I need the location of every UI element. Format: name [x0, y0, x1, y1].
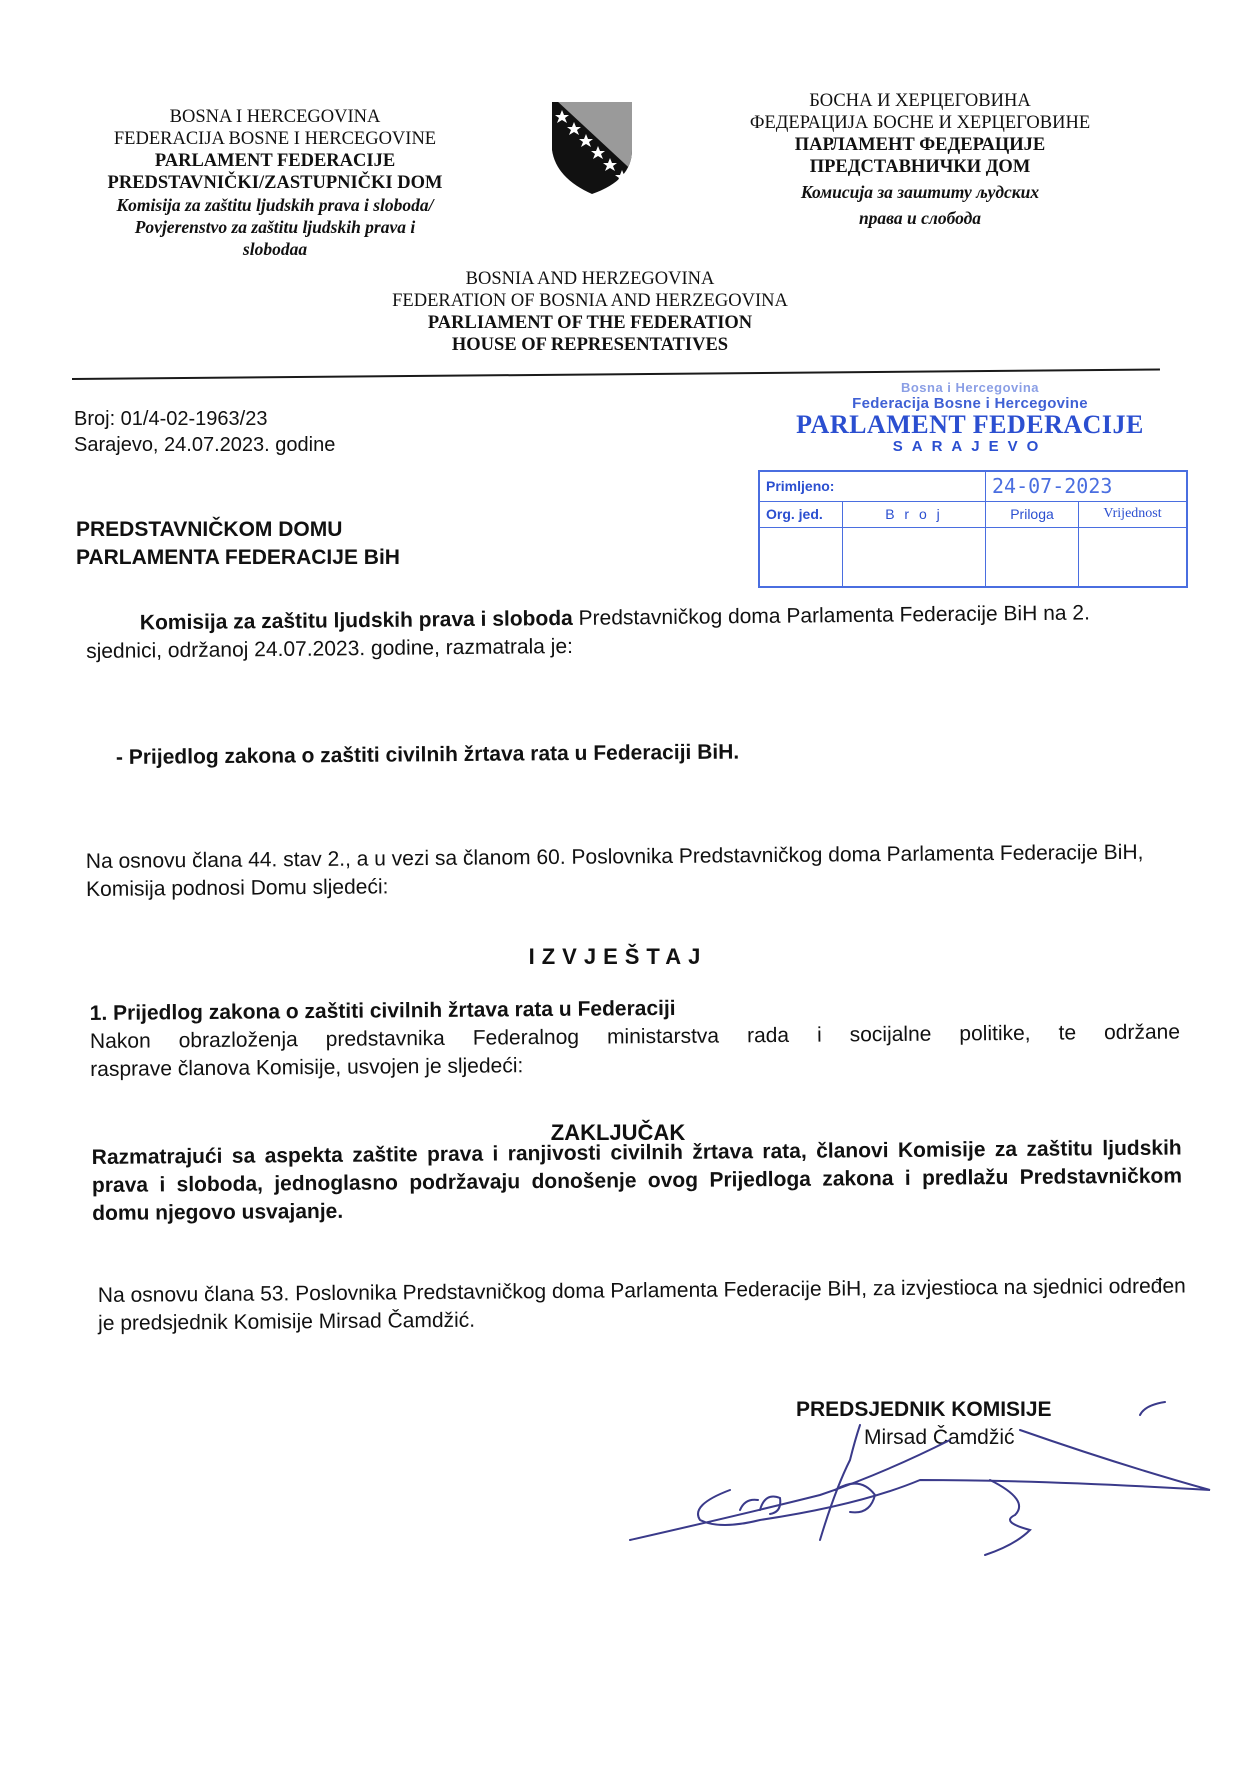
reference-place-date: Sarajevo, 24.07.2023. godine — [74, 432, 335, 458]
stamp-col-value: Vrijednost — [1079, 501, 1188, 527]
header-right-commission: Комисија за заштиту људских — [720, 181, 1120, 203]
header-left-house: PREDSTAVNIČKI/ZASTUPNIČKI DOM — [85, 172, 465, 194]
header-en-country: BOSNIA AND HERZEGOVINA — [360, 268, 820, 290]
conclusion-text: Razmatrajući sa aspekta zaštite prava i … — [92, 1134, 1183, 1228]
header-right: БОСНА И ХЕРЦЕГОВИНА ФЕДЕРАЦИЈА БОСНЕ И Х… — [720, 90, 1120, 229]
intro-paragraph: Komisija za zaštitu ljudskih prava i slo… — [86, 599, 1167, 666]
header-left-commission-3: slobodaa — [85, 238, 465, 260]
header-left-federation: FEDERACIJA BOSNE I HERCEGOVINE — [85, 128, 465, 150]
header-divider — [72, 369, 1160, 380]
reference-number: Broj: 01/4-02-1963/23 — [74, 406, 335, 432]
reference-block: Broj: 01/4-02-1963/23 Sarajevo, 24.07.20… — [74, 406, 335, 458]
header-left-commission: Komisija za zaštitu ljudskih prava i slo… — [85, 194, 465, 216]
stamp-received-label: Primljeno: — [759, 471, 986, 501]
header-right-house: ПРЕДСТАВНИЧКИ ДОМ — [720, 156, 1120, 178]
stamp-cell — [1079, 527, 1188, 587]
stamp-cell — [759, 527, 843, 587]
stamp-col-attachments: Priloga — [986, 501, 1079, 527]
header-left-commission-2: Povjerenstvo za zaštitu ljudskih prava i — [85, 216, 465, 238]
stamp-cell — [986, 527, 1079, 587]
header-right-commission-2: права и слобода — [720, 207, 1120, 229]
addressee-line2: PARLAMENTA FEDERACIJE BiH — [76, 544, 400, 572]
header-right-federation: ФЕДЕРАЦИЈА БОСНЕ И ХЕРЦЕГОВИНЕ — [720, 112, 1120, 134]
handwritten-signature-icon — [620, 1380, 1220, 1580]
stamp-received-date: 24-07-2023 — [986, 471, 1188, 501]
addressee-line1: PREDSTAVNIČKOM DOMU — [76, 516, 400, 544]
header-right-country: БОСНА И ХЕРЦЕГОВИНА — [720, 90, 1120, 112]
stamp-country: Bosna i Hercegovina — [750, 380, 1190, 395]
header-left-country: BOSNA I HERCEGOVINA — [85, 106, 465, 128]
section-1: 1. Prijedlog zakona o zaštiti civilnih ž… — [90, 990, 1181, 1084]
header-en-parliament: PARLIAMENT OF THE FEDERATION — [360, 312, 820, 334]
stamp-city: SARAJEVO — [750, 438, 1190, 455]
addressee: PREDSTAVNIČKOM DOMU PARLAMENTA FEDERACIJ… — [76, 516, 400, 572]
header-left-parliament: PARLAMENT FEDERACIJE — [85, 150, 465, 172]
header-right-parliament: ПАРЛАМЕНТ ФЕДЕРАЦИЈЕ — [720, 134, 1120, 156]
report-title: IZVJEŠTAJ — [0, 944, 1236, 970]
stamp-federation: Federacija Bosne i Hercegovine — [750, 395, 1190, 412]
stamp-col-number: B r o j — [843, 501, 986, 527]
stamp-col-org: Org. jed. — [759, 501, 843, 527]
rapporteur-paragraph: Na osnovu člana 53. Poslovnika Predstavn… — [98, 1272, 1188, 1338]
header-left: BOSNA I HERCEGOVINA FEDERACIJA BOSNE I H… — [85, 106, 465, 260]
stamp-table: Primljeno: 24-07-2023 Org. jed. B r o j … — [758, 470, 1188, 588]
intro-commission: Komisija za zaštitu ljudskih prava i slo… — [140, 607, 573, 635]
coat-of-arms-icon — [548, 100, 638, 196]
stamp-parliament: PARLAMENT FEDERACIJE — [750, 412, 1190, 438]
received-stamp: Bosna i Hercegovina Federacija Bosne i H… — [750, 380, 1190, 592]
header-english: BOSNIA AND HERZEGOVINA FEDERATION OF BOS… — [360, 268, 820, 356]
stamp-cell — [843, 527, 986, 587]
header-en-house: HOUSE OF REPRESENTATIVES — [360, 334, 820, 356]
agenda-item: - Prijedlog zakona o zaštiti civilnih žr… — [116, 739, 739, 772]
header-en-federation: FEDERATION OF BOSNIA AND HERZEGOVINA — [360, 290, 820, 312]
legal-basis-paragraph: Na osnovu člana 44. stav 2., a u vezi sa… — [86, 838, 1176, 904]
